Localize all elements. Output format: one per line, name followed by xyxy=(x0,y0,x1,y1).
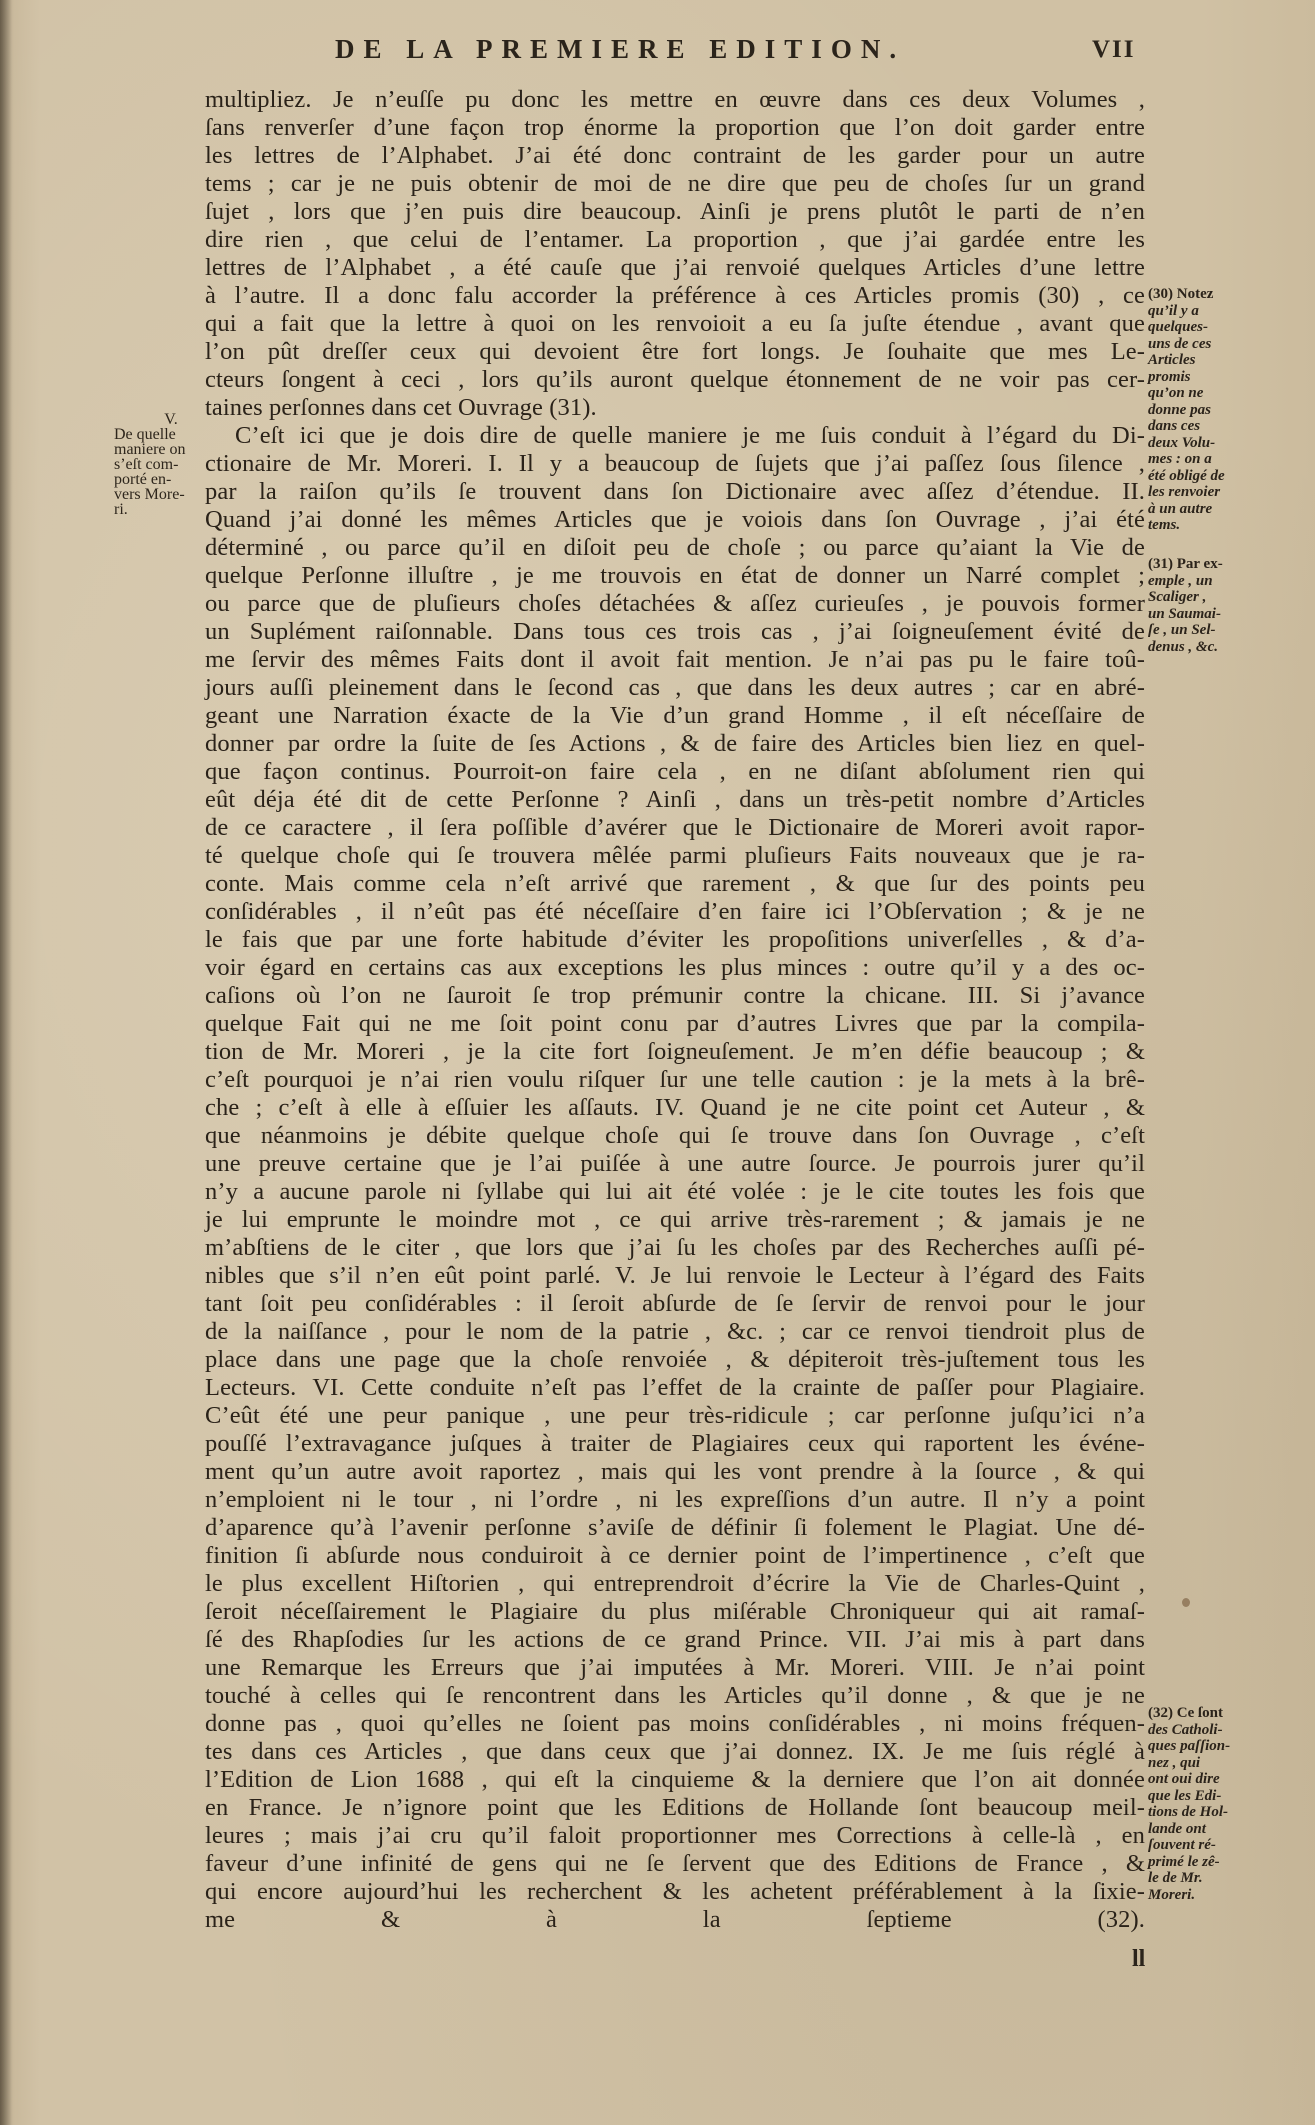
text-line: ſeroit néceſſairement le Plagiaire du pl… xyxy=(205,1598,1145,1626)
text-line: donner par ordre la ſuite de ſes Actions… xyxy=(205,730,1145,758)
text-line: tion de Mr. Moreri , je la cite fort ſoi… xyxy=(205,1038,1145,1066)
text-line: d’aparence qu’à l’avenir perſonne s’aviſ… xyxy=(205,1514,1145,1542)
text-line: c’eſt pourquoi je n’ai rien voulu riſque… xyxy=(205,1066,1145,1094)
page-number: VII xyxy=(1092,36,1136,64)
footnote-line: lande ont xyxy=(1148,1821,1288,1838)
text-line: me & à la ſeptieme (32). xyxy=(205,1906,1145,1934)
footnote-line: Articles xyxy=(1148,352,1288,369)
footnote-line: emple , un xyxy=(1148,573,1288,590)
text-line: un Suplément raiſonnable. Dans tous ces … xyxy=(205,618,1145,646)
footnote-line: tions de Hol- xyxy=(1148,1804,1288,1821)
text-line: dire rien , que celui de l’entamer. La p… xyxy=(205,226,1145,254)
margin-note-line: ri. xyxy=(114,502,206,517)
margin-note-line: vers More- xyxy=(114,487,206,502)
text-line: déterminé , ou parce qu’il en diſoit peu… xyxy=(205,534,1145,562)
footnote-line: des Catholi- xyxy=(1148,1722,1288,1739)
text-line: à l’autre. Il a donc falu accorder la pr… xyxy=(205,282,1145,310)
footnote-line: donne pas xyxy=(1148,402,1288,419)
text-line: m’abſtiens de le citer , que lors que j’… xyxy=(205,1234,1145,1262)
text-line: C’eût été une peur panique , une peur tr… xyxy=(205,1402,1145,1430)
footnote-line: ques paſſion- xyxy=(1148,1738,1288,1755)
text-line: leures ; mais j’ai cru qu’il faloit prop… xyxy=(205,1822,1145,1850)
text-line: eût déja été dit de cette Perſonne ? Ain… xyxy=(205,786,1145,814)
margin-note-line: s’eſt com- xyxy=(114,457,206,472)
text-line: ſé des Rhapſodies ſur les actions de ce … xyxy=(205,1626,1145,1654)
text-line: C’eſt ici que je dois dire de quelle man… xyxy=(205,422,1145,450)
footnote-32: (32) Ce ſontdes Catholi-ques paſſion-nez… xyxy=(1148,1705,1288,1903)
text-line: quelque Fait qui ne me ſoit point conu p… xyxy=(205,1010,1145,1038)
text-line: je lui emprunte le moindre mot , ce qui … xyxy=(205,1206,1145,1234)
text-line: tes dans ces Articles , que dans ceux qu… xyxy=(205,1738,1145,1766)
text-line: tant ſoit peu conſidérables : il ſeroit … xyxy=(205,1290,1145,1318)
text-line: lettres de l’Alphabet , a été cauſe que … xyxy=(205,254,1145,282)
signature-mark: ll xyxy=(1132,1946,1145,1973)
text-line: caſions où l’on ne ſauroit ſe trop prému… xyxy=(205,982,1145,1010)
gutter-shadow xyxy=(0,0,12,2125)
footnote-line: deux Volu- xyxy=(1148,435,1288,452)
footnote-line: promis xyxy=(1148,369,1288,386)
paper-stain xyxy=(1182,1598,1190,1607)
text-line: tems ; car je ne puis obtenir de moi de … xyxy=(205,170,1145,198)
left-margin-note: V. De quelle maniere on s’eſt com- porté… xyxy=(114,412,206,517)
text-line: le plus excellent Hiſtorien , qui entrep… xyxy=(205,1570,1145,1598)
text-line: finition ſi abſurde nous conduiroit à ce… xyxy=(205,1542,1145,1570)
text-line: me ſervir des mêmes Faits dont il avoit … xyxy=(205,646,1145,674)
footnote-line: (30) Notez xyxy=(1148,286,1288,303)
text-line: n’y a aucune parole ni ſyllabe qui lui a… xyxy=(205,1178,1145,1206)
text-line: l’Edition de Lion 1688 , qui eſt la cinq… xyxy=(205,1766,1145,1794)
text-line: par la raiſon qu’ils ſe trouvent dans ſo… xyxy=(205,478,1145,506)
text-line: ou parce que de pluſieurs choſes détaché… xyxy=(205,590,1145,618)
footnote-line: les renvoier xyxy=(1148,484,1288,501)
text-line: pouſſé l’extravagance juſques à traiter … xyxy=(205,1430,1145,1458)
footnote-line: (32) Ce ſont xyxy=(1148,1705,1288,1722)
footnote-line: le de Mr. xyxy=(1148,1870,1288,1887)
text-line: jours auſſi pleinement dans le ſecond ca… xyxy=(205,674,1145,702)
text-line: le fais que par une forte habitude d’évi… xyxy=(205,926,1145,954)
running-head: DE LA PREMIERE EDITION. xyxy=(335,34,905,65)
text-line: geant une Narration éxacte de la Vie d’u… xyxy=(205,702,1145,730)
footnote-line: Scaliger , xyxy=(1148,589,1288,606)
text-line: touché à celles qui ſe rencontrent dans … xyxy=(205,1682,1145,1710)
text-line: ctionaire de Mr. Moreri. I. Il y a beauc… xyxy=(205,450,1145,478)
footnote-30: (30) Notezqu’il y aquelques-uns de cesAr… xyxy=(1148,286,1288,534)
footnote-line: dans ces xyxy=(1148,418,1288,435)
text-line: que néanmoins je débite quelque choſe qu… xyxy=(205,1122,1145,1150)
text-line: ment qu’un autre avoit raportez , mais q… xyxy=(205,1458,1145,1486)
text-line: une preuve certaine que je l’ai puiſée à… xyxy=(205,1150,1145,1178)
footnote-line: uns de ces xyxy=(1148,336,1288,353)
text-line: les lettres de l’Alphabet. J’ai été donc… xyxy=(205,142,1145,170)
text-line: nibles que s’il n’en eût point parlé. V.… xyxy=(205,1262,1145,1290)
text-line: conte. Mais comme cela n’eſt arrivé que … xyxy=(205,870,1145,898)
text-line: n’emploient ni le tour , ni l’ordre , ni… xyxy=(205,1486,1145,1514)
footnote-line: quelques- xyxy=(1148,319,1288,336)
text-line: l’on pût dreſſer ceux qui devoient être … xyxy=(205,338,1145,366)
footnote-line: mes : on a xyxy=(1148,451,1288,468)
text-line: taines perſonnes dans cet Ouvrage (31). xyxy=(205,394,1145,422)
text-line: de ce caractere , il ſera poſſible d’avé… xyxy=(205,814,1145,842)
margin-section-number: V. xyxy=(114,412,206,427)
footnote-line: que les Edi- xyxy=(1148,1788,1288,1805)
footnote-line: primé le zê- xyxy=(1148,1854,1288,1871)
text-line: qui a fait que la lettre à quoi on les r… xyxy=(205,310,1145,338)
footnote-line: (31) Par ex- xyxy=(1148,556,1288,573)
footnote-line: Moreri. xyxy=(1148,1887,1288,1904)
text-line: qui encore aujourd’hui les recherchent &… xyxy=(205,1878,1145,1906)
footnote-line: un Saumai- xyxy=(1148,606,1288,623)
main-text-block: multipliez. Je n’euſſe pu donc les mettr… xyxy=(205,86,1145,1934)
footnote-line: qu’on ne xyxy=(1148,385,1288,402)
text-line: faveur d’une infinité de gens qui ne ſe … xyxy=(205,1850,1145,1878)
footnote-line: ſouvent ré- xyxy=(1148,1837,1288,1854)
text-line: che ; c’eſt à elle à eſſuier les aſſauts… xyxy=(205,1094,1145,1122)
text-line: de la naiſſance , pour le nom de la patr… xyxy=(205,1318,1145,1346)
margin-note-line: maniere on xyxy=(114,442,206,457)
margin-note-line: De quelle xyxy=(114,427,206,442)
text-line: que façon continus. Pourroit-on faire ce… xyxy=(205,758,1145,786)
book-page: DE LA PREMIERE EDITION. VII multipliez. … xyxy=(0,0,1315,2125)
text-line: quelque Perſonne illuſtre , je me trouvo… xyxy=(205,562,1145,590)
text-line: voir égard en certains cas aux exception… xyxy=(205,954,1145,982)
footnote-line: ont oui dire xyxy=(1148,1771,1288,1788)
text-line: en France. Je n’ignore point que les Edi… xyxy=(205,1794,1145,1822)
text-line: cteurs ſongent à ceci , lors qu’ils auro… xyxy=(205,366,1145,394)
footnote-line: ſe , un Sel- xyxy=(1148,622,1288,639)
footnote-line: qu’il y a xyxy=(1148,303,1288,320)
text-line: multipliez. Je n’euſſe pu donc les mettr… xyxy=(205,86,1145,114)
text-line: conſidérables , il n’eût pas été néceſſa… xyxy=(205,898,1145,926)
text-line: une Remarque les Erreurs que j’ai imputé… xyxy=(205,1654,1145,1682)
text-line: Lecteurs. VI. Cette conduite n’eſt pas l… xyxy=(205,1374,1145,1402)
footnote-line: été obligé de xyxy=(1148,468,1288,485)
text-line: donne pas , quoi qu’elles ne ſoient pas … xyxy=(205,1710,1145,1738)
text-line: place dans une page que la choſe renvoié… xyxy=(205,1346,1145,1374)
footnote-31: (31) Par ex-emple , unScaliger ,un Sauma… xyxy=(1148,556,1288,655)
text-line: Quand j’ai donné les mêmes Articles que … xyxy=(205,506,1145,534)
margin-note-line: porté en- xyxy=(114,472,206,487)
footnote-line: tems. xyxy=(1148,517,1288,534)
text-line: ſujet , lors que j’en puis dire beaucoup… xyxy=(205,198,1145,226)
text-line: ſans renverſer d’une façon trop énorme l… xyxy=(205,114,1145,142)
footnote-line: nez , qui xyxy=(1148,1755,1288,1772)
footnote-line: à un autre xyxy=(1148,501,1288,518)
text-line: té quelque choſe qui ſe trouvera mêlée p… xyxy=(205,842,1145,870)
footnote-line: denus , &c. xyxy=(1148,639,1288,656)
